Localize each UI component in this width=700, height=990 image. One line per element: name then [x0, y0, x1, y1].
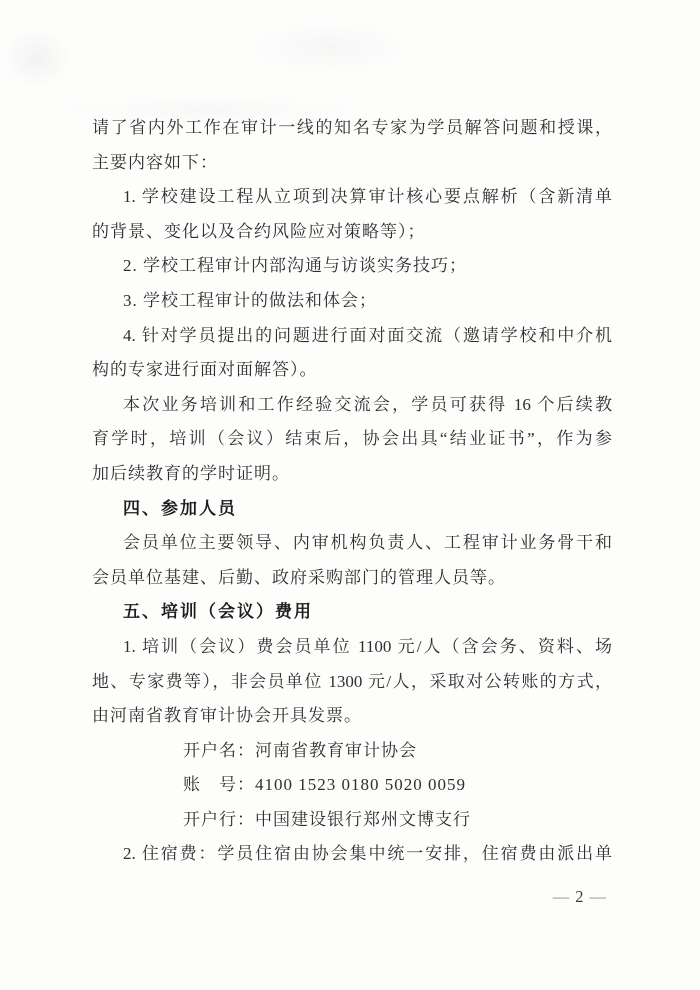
paragraph-participants-line-1: 会员单位主要领导、内审机构负责人、工程审计业务骨干和 [92, 526, 612, 561]
fee-item-1-line-3: 由河南省教育审计协会开具发票。 [92, 699, 612, 734]
bank-account-number-line: 账 号：4100 1523 0180 5020 0059 [92, 768, 612, 803]
paragraph-credit-hours-line-3: 加后续教育的学时证明。 [92, 457, 612, 492]
list-item-4-line-1: 4. 针对学员提出的问题进行面对面交流（邀请学校和中介机 [92, 319, 612, 354]
scan-noise-smudge [250, 20, 410, 75]
fee-item-1-line-2: 地、专家费等），非会员单位 1300 元/人，采取对公转账的方式， [92, 665, 612, 700]
list-item-2: 2. 学校工程审计内部沟通与访谈实务技巧； [92, 249, 612, 284]
paragraph-continuation-line-1: 请了省内外工作在审计一线的知名专家为学员解答问题和授课， [92, 111, 612, 146]
text-block: 请了省内外工作在审计一线的知名专家为学员解答问题和授课， 主要内容如下： 1. … [92, 111, 612, 872]
bank-account-name-line: 开户名：河南省教育审计协会 [92, 734, 612, 769]
paragraph-continuation-line-2: 主要内容如下： [92, 146, 612, 181]
paragraph-credit-hours-line-2: 育学时，培训（会议）结束后，协会出具“结业证书”，作为参 [92, 422, 612, 457]
footer-dash-left: — [553, 887, 571, 906]
fee-item-1-line-1: 1. 培训（会议）费会员单位 1100 元/人（含会务、资料、场 [92, 630, 612, 665]
scan-noise-smudge [2, 28, 72, 88]
section-heading-participants: 四、参加人员 [92, 492, 612, 527]
page-number: 2 [575, 887, 584, 906]
section-heading-fees: 五、培训（会议）费用 [92, 595, 612, 630]
bank-branch-line: 开户行：中国建设银行郑州文博支行 [92, 803, 612, 838]
page-footer: —2— [553, 884, 607, 910]
fee-item-2-line-1: 2. 住宿费：学员住宿由协会集中统一安排，住宿费由派出单 [92, 837, 612, 872]
list-item-1-line-1: 1. 学校建设工程从立项到决算审计核心要点解析（含新清单 [92, 180, 612, 215]
list-item-4-line-2: 构的专家进行面对面解答）。 [92, 353, 612, 388]
list-item-3: 3. 学校工程审计的做法和体会； [92, 284, 612, 319]
list-item-1-line-2: 的背景、变化以及合约风险应对策略等）； [92, 215, 612, 250]
paragraph-participants-line-2: 会员单位基建、后勤、政府采购部门的管理人员等。 [92, 561, 612, 596]
footer-dash-right: — [590, 887, 608, 906]
document-page: 请了省内外工作在审计一线的知名专家为学员解答问题和授课， 主要内容如下： 1. … [0, 0, 700, 990]
paragraph-credit-hours-line-1: 本次业务培训和工作经验交流会，学员可获得 16 个后续教 [92, 388, 612, 423]
